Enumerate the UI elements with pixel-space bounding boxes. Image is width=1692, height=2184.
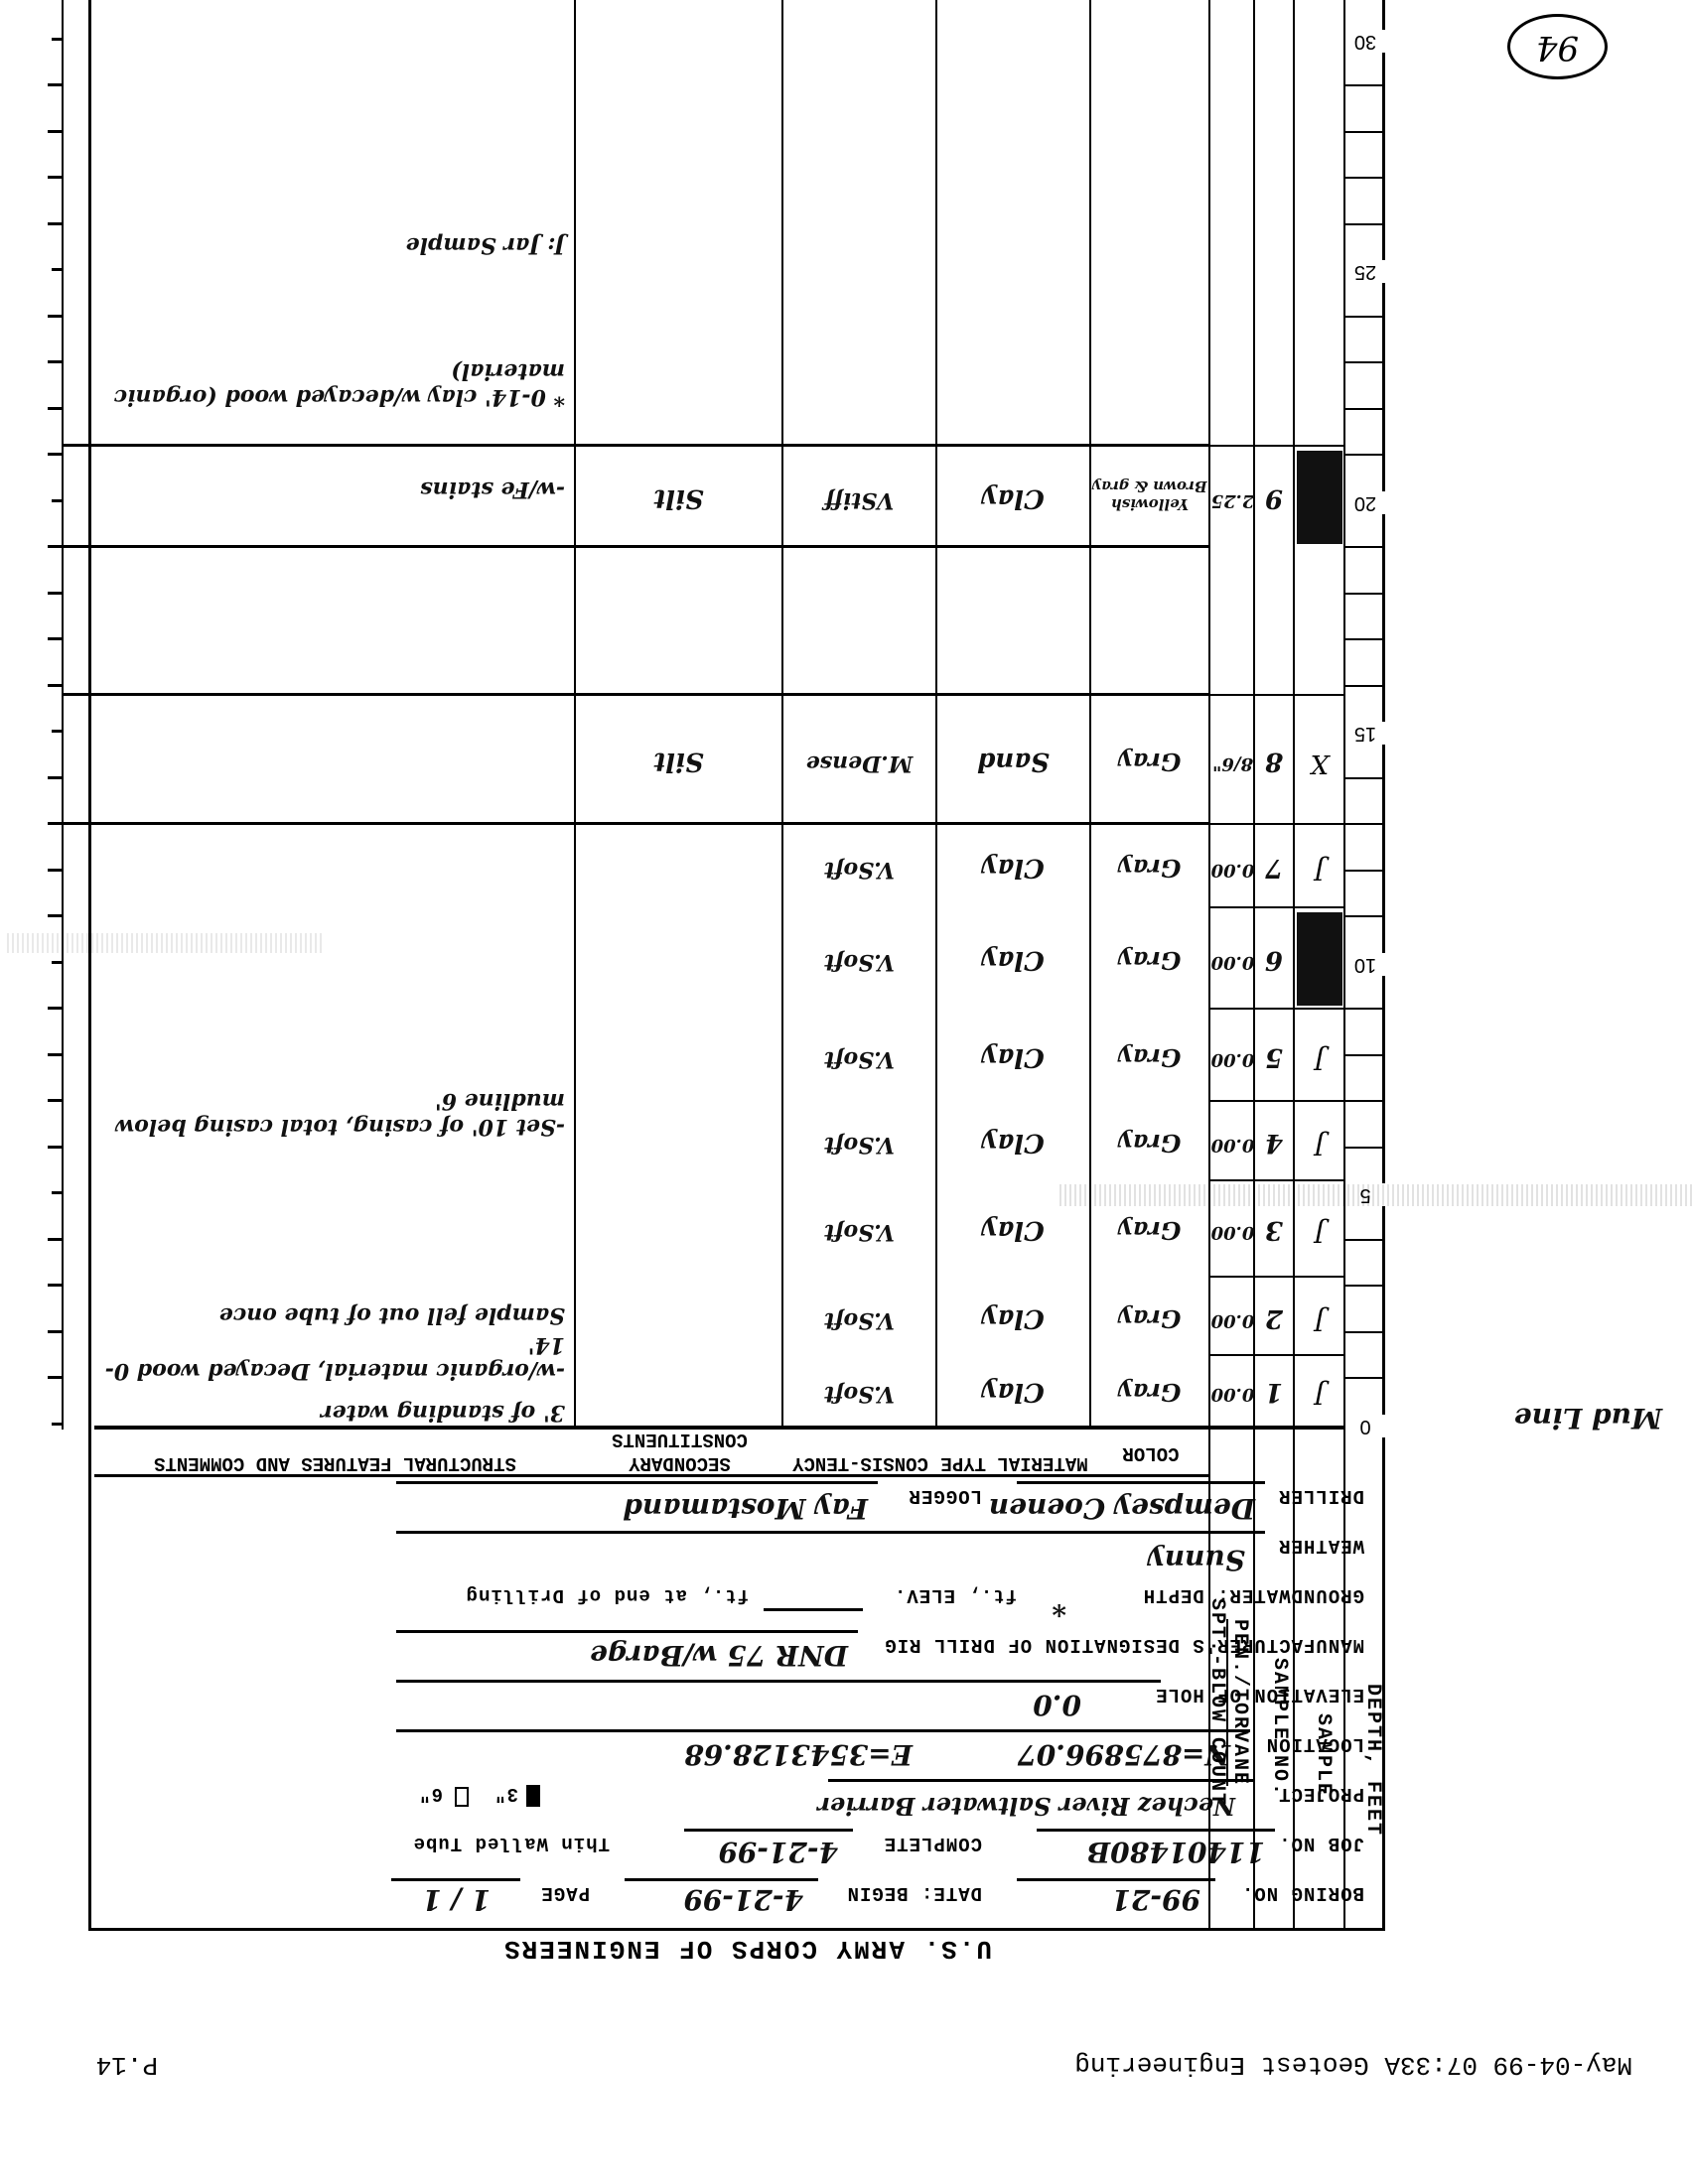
- sample-number: 9: [1255, 483, 1293, 513]
- sample-number: 4: [1255, 1128, 1293, 1158]
- fax-timestamp: May-04-99 07:33A Geotest Engineering: [1074, 2050, 1632, 2080]
- sample-material: Clay: [937, 853, 1089, 883]
- sample-color: Gray: [1091, 946, 1208, 975]
- depth-gridline: [1345, 408, 1385, 410]
- sample-boundary: [1210, 694, 1345, 696]
- stratum-boundary: [64, 444, 1210, 447]
- sample-material: Clay: [937, 1303, 1089, 1333]
- sample-number: 7: [1255, 853, 1293, 883]
- sample-type-marker: J: [1297, 1130, 1342, 1160]
- complete-label: COMPLETE: [884, 1833, 982, 1854]
- agency-title: U.S. ARMY CORPS OF ENGINEERS: [502, 1934, 992, 1964]
- sample-number: 1: [1255, 1377, 1293, 1407]
- sample-pen-torvane: 0.00: [1210, 1049, 1255, 1070]
- depth-label: 20: [1345, 491, 1385, 514]
- location-north: N=875896.07: [1017, 1738, 1230, 1771]
- sample-consistency: V.Soft: [783, 857, 935, 883]
- sample-color: Gray: [1091, 1378, 1208, 1407]
- comment-text: 3' of standing water: [98, 1400, 565, 1426]
- depth-gridline: [1345, 870, 1385, 872]
- sample-type-marker: J: [1297, 1217, 1342, 1247]
- depth-gridline: [1345, 777, 1385, 779]
- sample-material: Sand: [937, 747, 1089, 776]
- depth-gridline: [1345, 916, 1385, 918]
- depth-gridline: [1345, 1101, 1385, 1103]
- sample-color: Gray: [1091, 1216, 1208, 1245]
- mudline-note: Mud Line: [1514, 1402, 1662, 1434]
- depth-gridline: [1345, 1239, 1385, 1241]
- column-header-spt: SPT.-BLOW COUNT: [1205, 1598, 1228, 1807]
- column-header-structural: STRUCTURAL FEATURES AND COMMENTS: [94, 1451, 576, 1475]
- tube-3in-label: 3": [493, 1783, 518, 1805]
- column-header-secondary: SECONDARY CONSTITUENTS: [576, 1428, 783, 1475]
- date-begin-label: DATE: BEGIN: [847, 1882, 982, 1904]
- boring-no-value: 99-21: [1111, 1883, 1200, 1916]
- groundwater-end-label: ft., at end of Drilling: [466, 1584, 749, 1606]
- sample-pen-torvane: 0.00: [1210, 1310, 1255, 1331]
- sample-number: 3: [1255, 1215, 1293, 1245]
- sample-secondary: Silt: [576, 747, 781, 776]
- depth-gridline: [1345, 639, 1385, 641]
- sample-type-marker: J: [1297, 1044, 1342, 1074]
- sample-material: Clay: [937, 1377, 1089, 1407]
- sample-type-marker: J: [1297, 1305, 1342, 1335]
- job-no-label: JOB NO.: [1278, 1833, 1364, 1854]
- sample-number: 8: [1255, 747, 1293, 776]
- stratum-boundary: [64, 823, 1210, 826]
- sample-consistency: V.Soft: [783, 1381, 935, 1407]
- depth-gridline: [1345, 1009, 1385, 1011]
- depth-gridline: [1345, 455, 1385, 457]
- project-value: Nechez River Saltwater Barrier: [817, 1792, 1235, 1821]
- weather-label: WEATHER: [1278, 1535, 1364, 1557]
- sample-consistency: V.Soft: [783, 1307, 935, 1333]
- comment-text: -w/Fe stains: [98, 477, 565, 502]
- column-header-pen-spt: PEN./TORVANE SPT.-BLOW COUNT: [1205, 1598, 1251, 1807]
- sample-number: 2: [1255, 1303, 1293, 1333]
- sample-boundary: [1210, 1009, 1345, 1011]
- sample-pen-torvane: 0.00: [1210, 860, 1255, 881]
- sample-boundary: [1210, 824, 1345, 826]
- depth-gridline: [1345, 547, 1385, 549]
- sample-material: Clay: [937, 483, 1089, 513]
- tube-6in-checkbox[interactable]: [455, 1787, 469, 1807]
- job-no-value: 11401480B: [1086, 1836, 1265, 1868]
- scan-artifact: [4, 933, 322, 953]
- depth-gridline: [1345, 1147, 1385, 1149]
- sample-material: Clay: [937, 1128, 1089, 1158]
- sample-type-marker: X: [1297, 749, 1342, 778]
- fax-page-number: P.14: [96, 2050, 158, 2080]
- depth-gridline: [1345, 178, 1385, 180]
- page-stamp: 94: [1507, 14, 1608, 79]
- tube-label: Thin Walled Tube: [413, 1833, 610, 1854]
- column-header-sample: SAMPLE: [1312, 1713, 1335, 1797]
- depth-gridline: [1345, 1378, 1385, 1380]
- depth-gridline: [1345, 685, 1385, 687]
- date-complete-value: 4-21-99: [718, 1836, 838, 1868]
- depth-gridline: [1345, 593, 1385, 595]
- sample-pen-torvane: 0.00: [1210, 1135, 1255, 1156]
- groundwater-depth: *: [1052, 1589, 1066, 1622]
- depth-label: 15: [1345, 723, 1385, 746]
- page-value: 1 / 1: [422, 1883, 491, 1916]
- sample-type-marker: J: [1297, 855, 1342, 885]
- sample-boundary: [1210, 906, 1345, 908]
- boring-no-label: BORING NO.: [1241, 1882, 1364, 1904]
- elevation-label: ELEVATION OF HOLE: [1155, 1684, 1364, 1706]
- depth-gridline: [1345, 131, 1385, 133]
- depth-gridline: [1345, 223, 1385, 225]
- sample-type-marker: [1297, 912, 1342, 1006]
- column-header-material: MATERIAL TYPE: [937, 1451, 1091, 1475]
- depth-gridline: [1345, 824, 1385, 826]
- depth-gridline: [1345, 1054, 1385, 1056]
- tube-3in-checkbox[interactable]: [526, 1785, 540, 1807]
- sample-material: Clay: [937, 1215, 1089, 1245]
- sample-consistency: V.Soft: [783, 1046, 935, 1072]
- page-stamp-number: 94: [1536, 28, 1579, 68]
- depth-label: 10: [1345, 953, 1385, 976]
- sample-material: Clay: [937, 945, 1089, 975]
- sample-pen-torvane: 0.00: [1210, 1222, 1255, 1243]
- sample-boundary: [1210, 1101, 1345, 1103]
- depth-gridline: [1345, 1331, 1385, 1333]
- sample-color: Gray: [1091, 1304, 1208, 1333]
- logger-label: LOGGER: [909, 1485, 982, 1507]
- sample-pen-torvane: 2.25: [1210, 490, 1255, 511]
- sample-color: Yellowish Brown & gray: [1091, 478, 1208, 513]
- depth-gridline: [1345, 1286, 1385, 1288]
- sample-pen-torvane: 0.00: [1210, 952, 1255, 973]
- page-label: PAGE: [540, 1882, 590, 1904]
- scan-artifact: [1057, 1184, 1692, 1206]
- depth-label: 30: [1345, 30, 1385, 53]
- date-begin-value: 4-21-99: [683, 1883, 803, 1916]
- comment-text: -w/organic material, Decayed wood 0-14': [98, 1332, 565, 1384]
- sample-type-marker: [1297, 451, 1342, 544]
- comment-text: Sample fell out of tube once: [98, 1302, 565, 1328]
- sample-boundary: [1210, 1276, 1345, 1278]
- drill-rig-value: DNR 75 w/Barge: [590, 1639, 848, 1672]
- weather-value: Sunny: [1148, 1544, 1245, 1576]
- column-header-consistency: CONSIS-TENCY: [783, 1451, 937, 1475]
- location-east: E=3543128.68: [684, 1738, 913, 1771]
- depth-label: 0: [1345, 1415, 1385, 1437]
- sample-secondary: Silt: [576, 483, 781, 513]
- driller-value: Dempsey Coenen: [989, 1492, 1255, 1525]
- sample-type-marker: J: [1297, 1379, 1342, 1409]
- stratum-boundary: [64, 546, 1210, 549]
- comment-text: * 0-14' clay w/decayed wood (organic mat…: [98, 358, 565, 410]
- depth-gridline: [1345, 362, 1385, 364]
- sample-material: Clay: [937, 1042, 1089, 1072]
- sample-consistency: V.Soft: [783, 949, 935, 975]
- groundwater-elev-label: ft., ELEV.: [894, 1584, 1017, 1606]
- column-header-pen: PEN./TORVANE: [1226, 1619, 1251, 1786]
- sample-pen-torvane: 0.00: [1210, 1384, 1255, 1405]
- column-header-color: COLOR: [1091, 1441, 1210, 1465]
- boring-log-page: May-04-99 07:33A Geotest Engineering P.1…: [0, 0, 1692, 2184]
- sample-color: Gray: [1091, 1129, 1208, 1158]
- sample-consistency: M.Dense: [783, 751, 935, 776]
- depth-gridline: [1345, 316, 1385, 318]
- fax-time: May-04-99 07:33A: [1384, 2050, 1632, 2080]
- sample-color: Gray: [1091, 854, 1208, 883]
- depth-label: 25: [1345, 261, 1385, 284]
- column-header-depth: DEPTH, FEET: [1361, 1684, 1384, 1837]
- depth-gridline: [1345, 85, 1385, 87]
- sample-boundary: [1210, 445, 1345, 447]
- sample-boundary: [1210, 1354, 1345, 1356]
- tube-6in-label: 6": [418, 1783, 443, 1805]
- elevation-value: 0.0: [1033, 1689, 1081, 1721]
- sample-number: 5: [1255, 1042, 1293, 1072]
- comment-text: J: Jar Sample: [98, 232, 565, 258]
- sample-consistency: VStiff: [783, 487, 935, 513]
- comment-text: -Set 10' of casing, total casing below m…: [98, 1088, 565, 1140]
- sample-number: 6: [1255, 945, 1293, 975]
- sample-color: Gray: [1091, 1043, 1208, 1072]
- column-header-sample-no: SAMPLE NO.: [1268, 1658, 1291, 1797]
- logger-value: Fay Mostamand: [623, 1492, 868, 1525]
- stratum-boundary: [64, 693, 1210, 696]
- driller-label: DRILLER: [1278, 1485, 1364, 1507]
- sample-boundary: [1210, 1179, 1345, 1181]
- sample-consistency: V.Soft: [783, 1219, 935, 1245]
- fax-sender: Geotest Engineering: [1074, 2050, 1368, 2080]
- sample-color: Gray: [1091, 748, 1208, 776]
- sample-consistency: V.Soft: [783, 1132, 935, 1158]
- sample-pen-torvane: 8/6": [1210, 753, 1255, 774]
